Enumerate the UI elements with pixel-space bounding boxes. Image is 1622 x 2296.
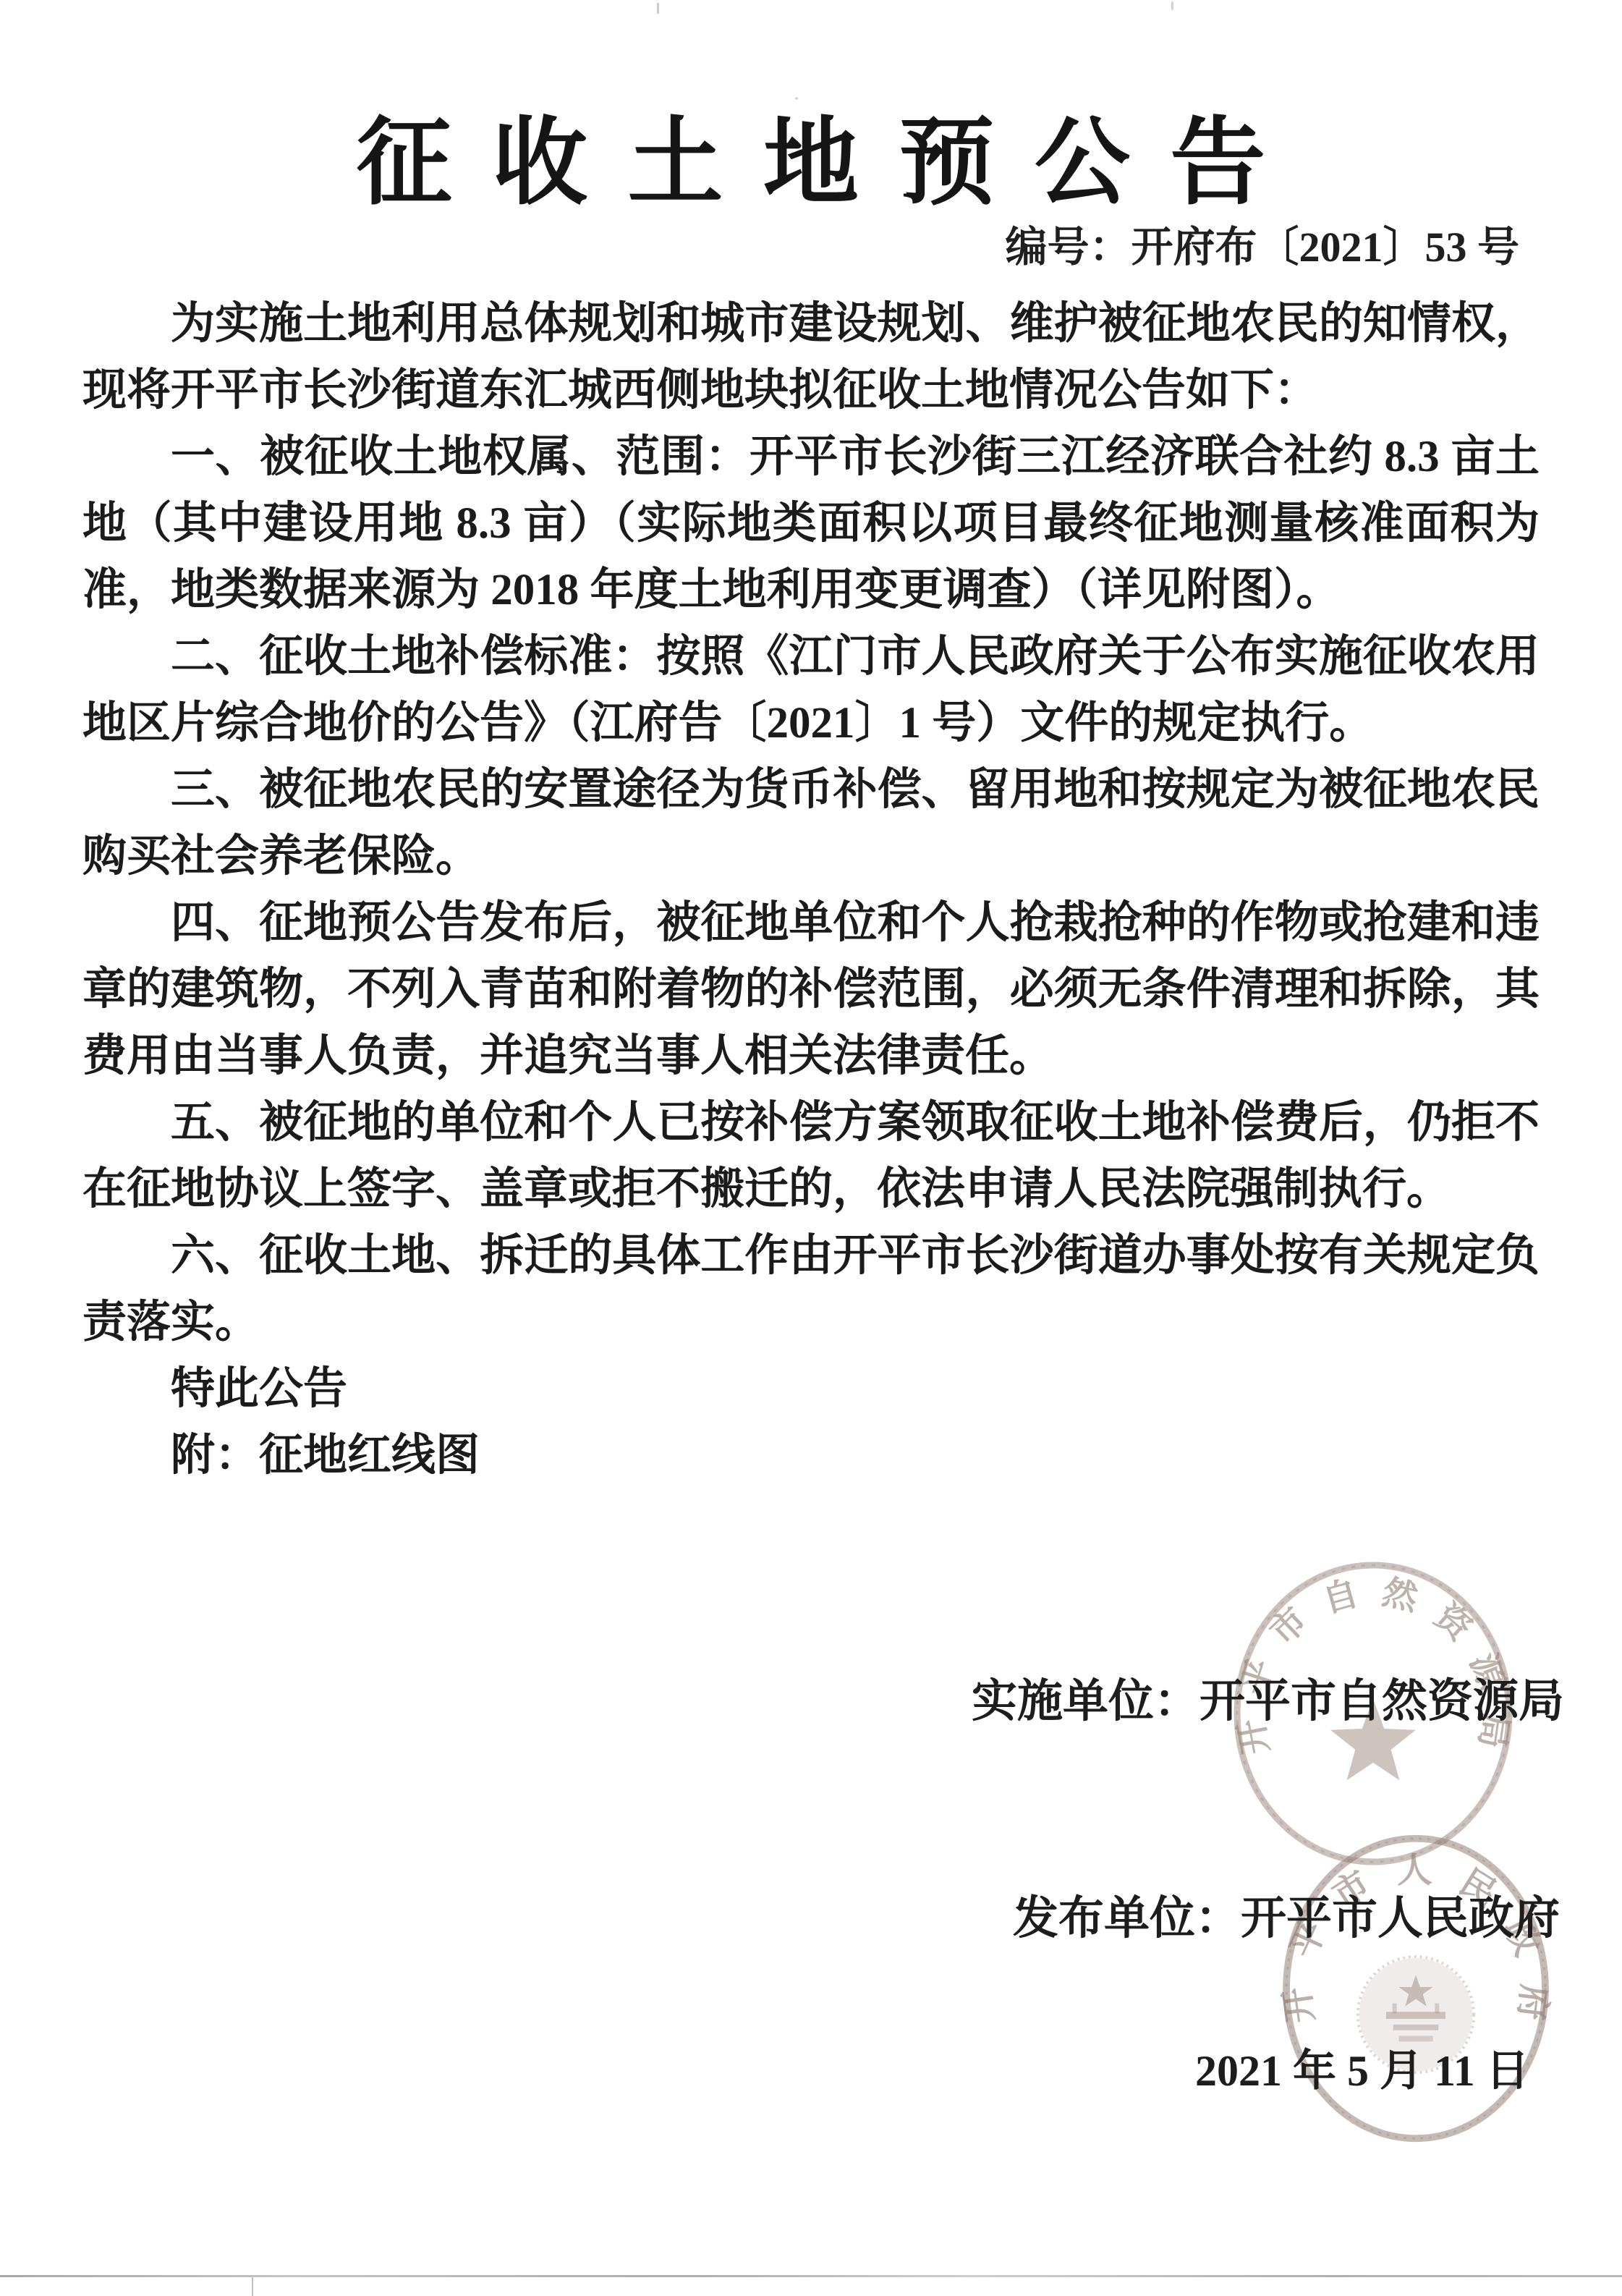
scan-artifact-bottom-line [0, 2275, 1622, 2277]
issue-date: 2021 年 5 月 11 日 [1195, 2036, 1529, 2098]
paragraph-item-5: 五、被征地的单位和个人已按补偿方案领取征收土地补偿费后，仍拒不在征地协议上签字、… [82, 1090, 1540, 1223]
scan-artifact-top-tick [657, 3, 659, 14]
document-text-layer: 征收土地预公告 编号：开府布〔2021〕53 号 为实施土地利用总体规划和城市建… [0, 0, 1622, 2296]
closing-declaration: 特此公告 [82, 1356, 1540, 1423]
paragraph-intro: 为实施土地利用总体规划和城市建设规划、维护被征地农民的知情权，现将开平市长沙街道… [82, 291, 1540, 424]
document-number: 编号：开府布〔2021〕53 号 [1005, 213, 1519, 274]
issuing-unit-line: 发布单位：开平市人民政府 [1013, 1881, 1560, 1947]
scan-artifact-dot [795, 97, 798, 100]
implementing-unit-line: 实施单位：开平市自然资源局 [972, 1664, 1564, 1730]
document-body: 为实施土地利用总体规划和城市建设规划、维护被征地农民的知情权，现将开平市长沙街道… [82, 291, 1540, 1489]
paragraph-item-1: 一、被征收土地权属、范围：开平市长沙街三江经济联合社约 8.3 亩土地（其中建设… [82, 424, 1540, 624]
paragraph-item-2: 二、征收土地补偿标准：按照《江门市人民政府关于公布实施征收农用地区片综合地价的公… [82, 624, 1540, 757]
page-title: 征收土地预公告 [0, 85, 1622, 223]
scan-artifact-top-tick [1171, 1, 1173, 10]
paragraph-item-6: 六、征收土地、拆迁的具体工作由开平市长沙街道办事处按有关规定负责落实。 [82, 1223, 1540, 1356]
paragraph-item-3: 三、被征地农民的安置途径为货币补偿、留用地和按规定为被征地农民购买社会养老保险。 [82, 757, 1540, 890]
attachment-note: 附：征地红线图 [82, 1423, 1540, 1489]
scanned-announcement-page: { "header": { "title": "征收土地预公告", "doc_n… [0, 0, 1622, 2296]
scan-artifact-vertical-mark [252, 2277, 253, 2296]
paragraph-item-4: 四、征地预公告发布后，被征地单位和个人抢栽抢种的作物或抢建和违章的建筑物，不列入… [82, 890, 1540, 1090]
